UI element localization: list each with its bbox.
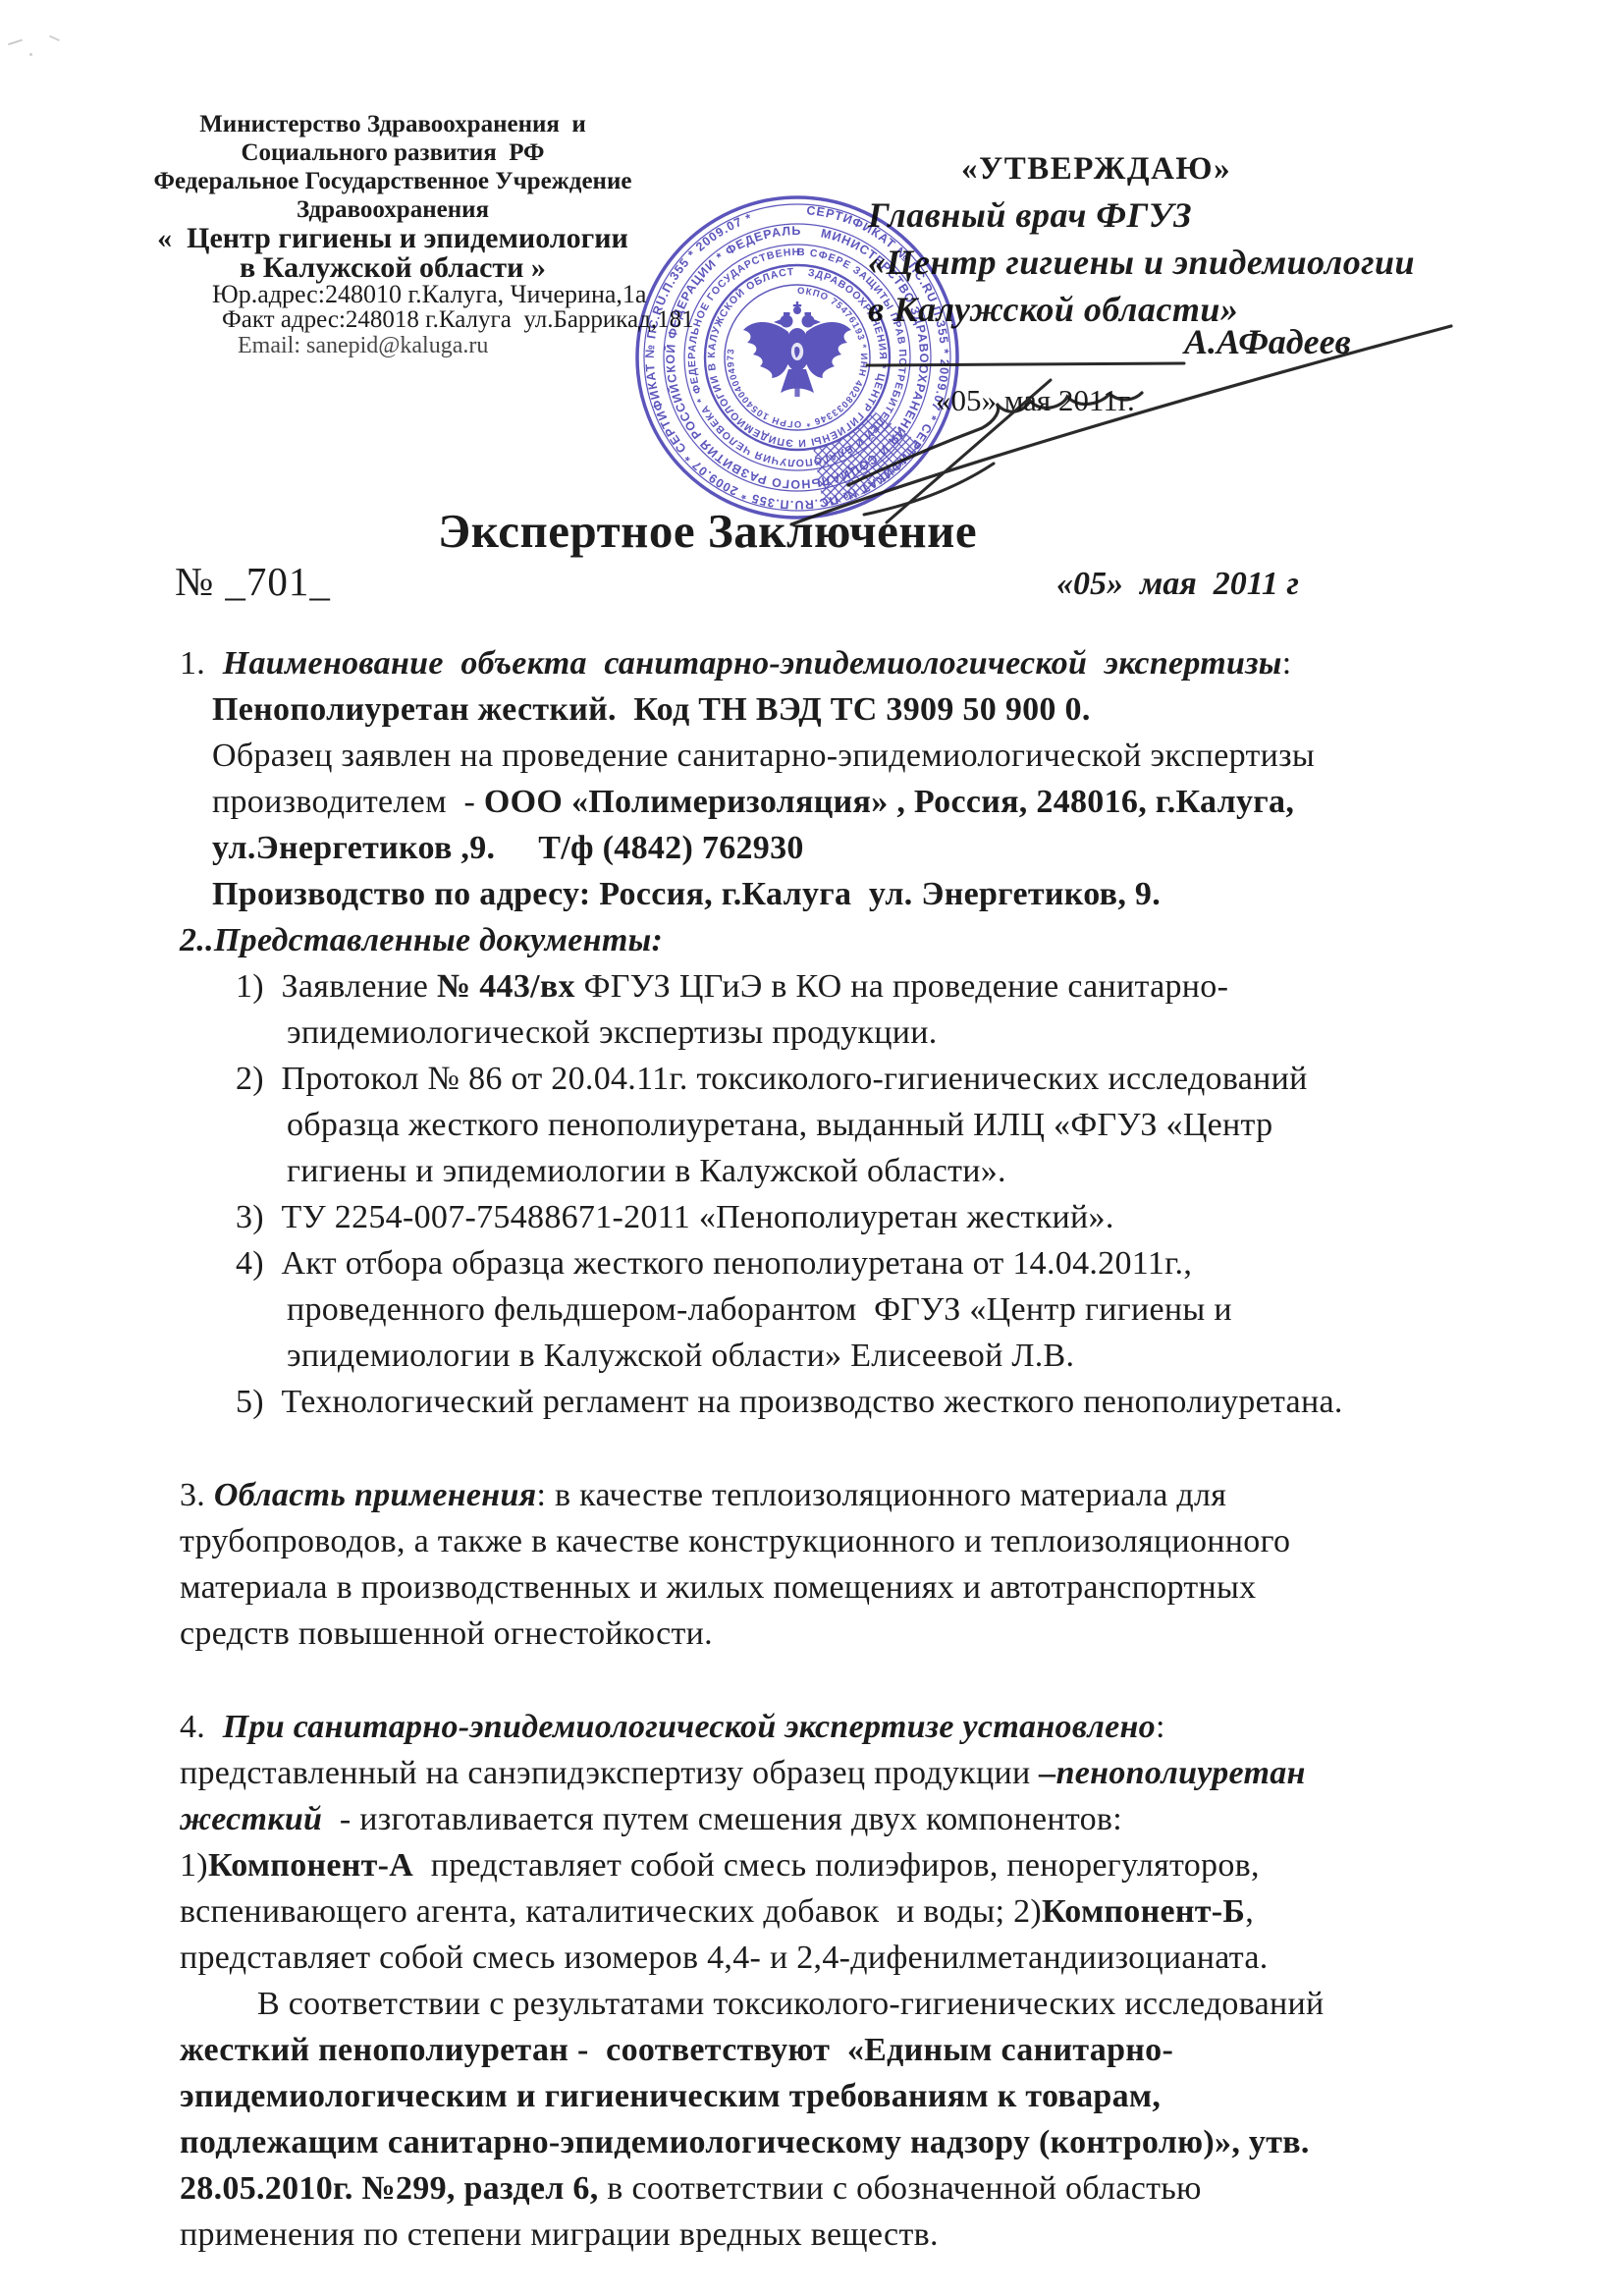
text-line: жесткий - изготавливается путем смешения…	[180, 1796, 1520, 1842]
text-line: В соответствии с результатами токсиколог…	[180, 1981, 1520, 2027]
text-line: Здравоохранения	[98, 195, 687, 224]
text-line: 5) Технологический регламент на производ…	[180, 1379, 1520, 1425]
text-line: вспенивающего агента, каталитических доб…	[180, 1888, 1520, 1935]
text-line: представленный на санэпидэкспертизу обра…	[180, 1750, 1520, 1796]
scan-artifact	[6, 33, 75, 73]
text-line: Социального развития РФ	[98, 138, 687, 167]
text-line: производителем - ООО «Полимеризоляция» ,…	[180, 779, 1520, 825]
text-line: Образец заявлен на проведение санитарно-…	[180, 733, 1520, 779]
text-line: применения по степени миграции вредных в…	[180, 2212, 1520, 2258]
text-line: материала в производственных и жилых пом…	[180, 1564, 1520, 1611]
text-line: Пенополиуретан жесткий. Код ТН ВЭД ТС 39…	[180, 686, 1520, 733]
signature-ink	[550, 246, 1492, 570]
signature-stroke-cross	[887, 380, 1051, 522]
document-date: «05» мая 2011 г	[1056, 566, 1299, 603]
text-line: гигиены и эпидемиологии в Калужской обла…	[180, 1148, 1520, 1194]
signature-underline	[867, 363, 1184, 365]
text-line: представляет собой смесь изомеров 4,4- и…	[180, 1935, 1520, 1981]
text-line: 4) Акт отбора образца жесткого пенополиу…	[180, 1240, 1520, 1286]
document-number: № _701_	[175, 558, 331, 605]
text-line: Производство по адресу: Россия, г.Калуга…	[180, 871, 1520, 917]
text-line: Министерство Здравоохранения и	[98, 110, 687, 138]
signature-stroke-humps	[848, 393, 1142, 485]
text-line: эпидемиологическим и гигиеническим требо…	[180, 2073, 1520, 2119]
signature-stroke-loop	[864, 464, 994, 515]
text-line: 28.05.2010г. №299, раздел 6, в соответст…	[180, 2165, 1520, 2212]
document-body: 1. Наименование объекта санитарно-эпидем…	[180, 640, 1520, 2258]
text-line: средств повышенной огнестойкости.	[180, 1611, 1520, 1657]
text-line: 3. Область применения: в качестве теплои…	[180, 1472, 1520, 1518]
text-line: ул.Энергетиков ,9. Т/ф (4842) 762930	[180, 825, 1520, 871]
text-line: Главный врач ФГУЗ	[868, 191, 1536, 239]
text-line: 2..Представленные документы:	[180, 917, 1520, 963]
text-line: образца жесткого пенополиуретана, выданн…	[180, 1102, 1520, 1148]
text-line: эпидемиологической экспертизы продукции.	[180, 1010, 1520, 1056]
text-line: Федеральное Государственное Учреждение	[98, 167, 687, 195]
text-line: трубопроводов, а также в качестве констр…	[180, 1518, 1520, 1564]
text-line: проведенного фельдшером-лаборантом ФГУЗ …	[180, 1286, 1520, 1333]
text-line: 4. При санитарно-эпидемиологической эксп…	[180, 1704, 1520, 1750]
document-page: Министерство Здравоохранения иСоциальног…	[0, 0, 1623, 2296]
text-line: 1) Заявление № 443/вх ФГУЗ ЦГиЭ в КО на …	[180, 963, 1520, 1010]
text-line: 1)Компонент-А представляет собой смесь п…	[180, 1842, 1520, 1888]
text-line: 3) ТУ 2254-007-75488671-2011 «Пенополиур…	[180, 1194, 1520, 1240]
text-line: «УТВЕРЖДАЮ»	[868, 147, 1536, 191]
text-line: подлежащим санитарно-эпидемиологическому…	[180, 2119, 1520, 2165]
text-line: 2) Протокол № 86 от 20.04.11г. токсиколо…	[180, 1056, 1520, 1102]
text-line: 1. Наименование объекта санитарно-эпидем…	[180, 640, 1520, 686]
text-line: жесткий пенополиуретан - соответствуют «…	[180, 2027, 1520, 2073]
signature-stroke-long	[791, 326, 1451, 524]
text-line: эпидемиологии в Калужской области» Елисе…	[180, 1333, 1520, 1379]
